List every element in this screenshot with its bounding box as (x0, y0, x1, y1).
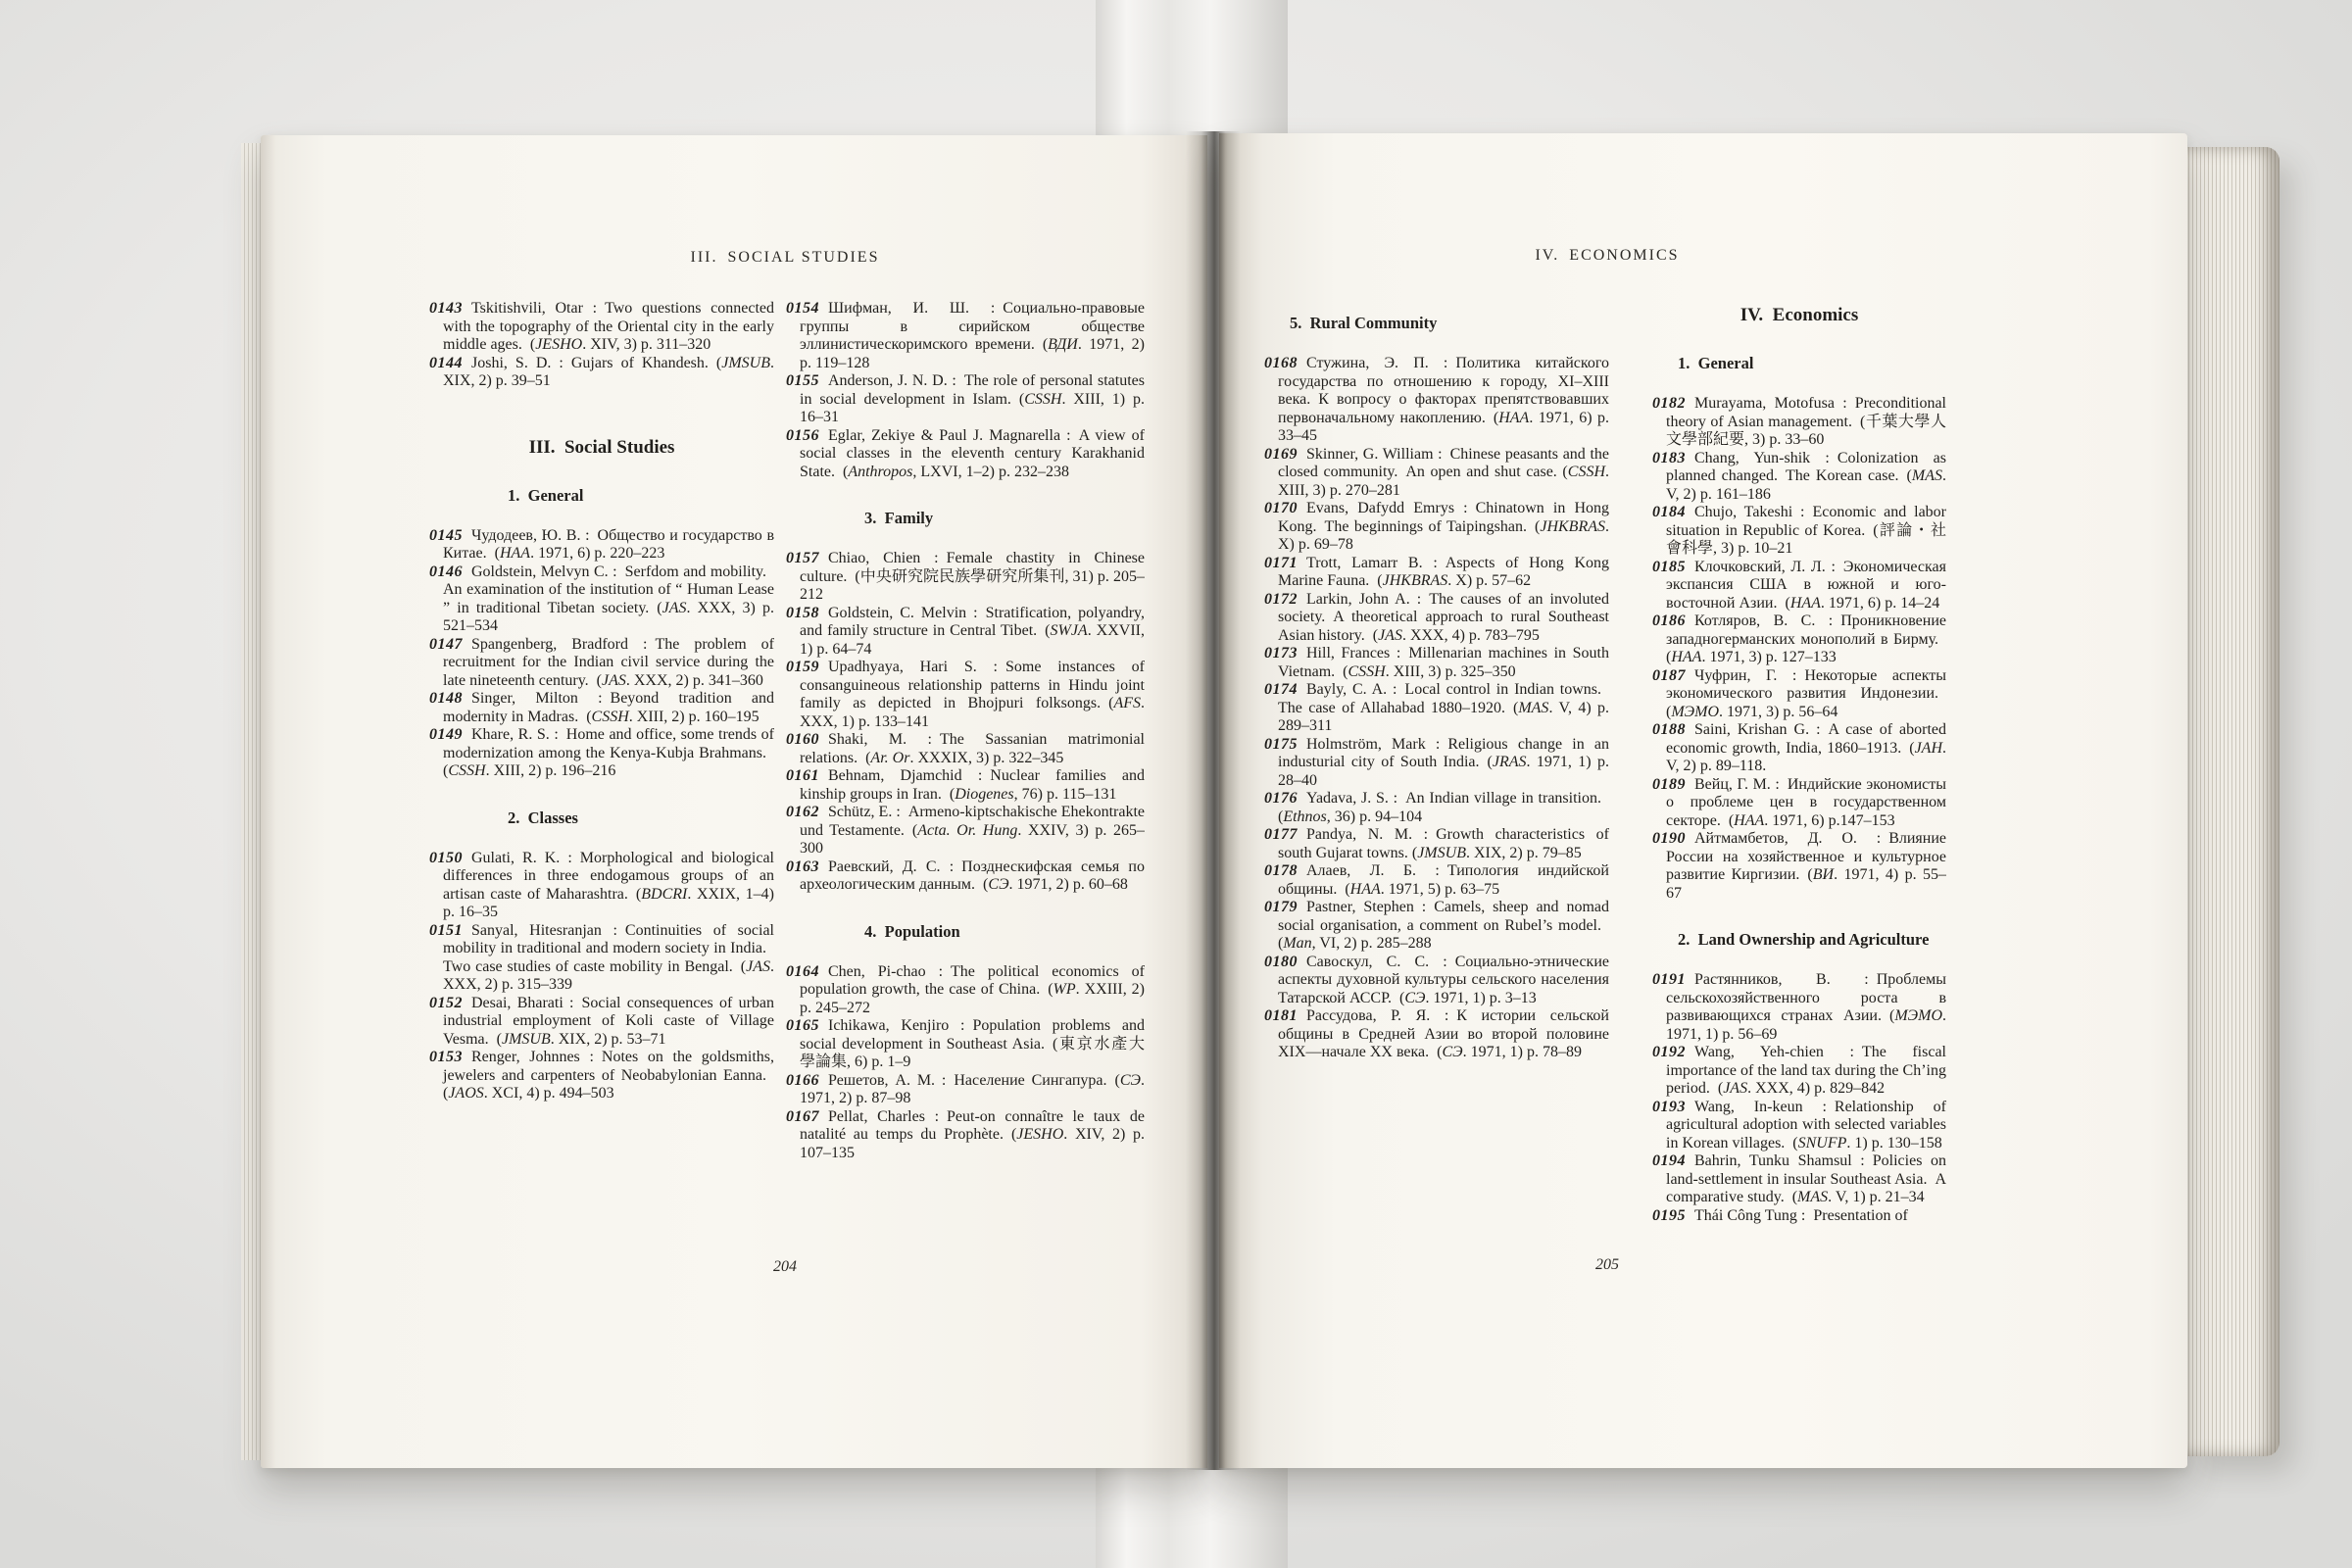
right-page-column-2: IV. Economics1. General0182Murayama, Mot… (1652, 298, 1946, 1225)
bib-entry-0179: 0179Pastner, Stephen : Camels, sheep and… (1264, 899, 1609, 954)
bib-entry-0191: 0191Растянников, В. : Проблемы сельскохо… (1652, 971, 1946, 1044)
bib-entry-0181: 0181Рассудова, Р. Я. : К истории сельско… (1264, 1007, 1609, 1062)
entry-number: 0161 (786, 767, 819, 784)
fore-edge-page-stack (2185, 147, 2279, 1456)
entry-number: 0170 (1264, 500, 1298, 516)
entry-number: 0147 (429, 636, 463, 653)
bib-entry-0174: 0174Bayly, C. A. : Local control in Indi… (1264, 681, 1609, 736)
bib-entry-0150: 0150Gulati, R. K. : Morphological and bi… (429, 850, 774, 922)
entry-number: 0145 (429, 527, 463, 544)
entry-number: 0143 (429, 300, 463, 317)
bib-entry-0153: 0153Renger, Johnnes : Notes on the golds… (429, 1049, 774, 1103)
subsection-heading: 3. Family (864, 509, 1145, 528)
bib-entry-0164: 0164Chen, Pi-chao : The political econom… (786, 963, 1145, 1018)
left-page-number: 204 (261, 1258, 1207, 1276)
entry-number: 0162 (786, 804, 819, 820)
bib-entry-0183: 0183Chang, Yun-shik : Colonization as pl… (1652, 450, 1946, 505)
entry-number: 0154 (786, 300, 819, 317)
entry-number: 0149 (429, 726, 463, 743)
bib-entry-0143: 0143Tskitishvili, Otar : Two questions c… (429, 300, 774, 355)
subsection-heading: 5. Rural Community (1290, 314, 1609, 333)
bib-entry-0146: 0146Goldstein, Melvyn C. : Serfdom and m… (429, 563, 774, 636)
bib-entry-0162: 0162Schütz, E. : Armeno-kiptschakische E… (786, 804, 1145, 858)
photo-background: III. SOCIAL STUDIES 0143Tskitishvili, Ot… (0, 0, 2352, 1568)
subsection-heading: 4. Population (864, 922, 1145, 942)
entry-number: 0150 (429, 850, 463, 866)
entry-number: 0163 (786, 858, 819, 875)
left-running-head: III. SOCIAL STUDIES (261, 249, 1207, 267)
entry-number: 0152 (429, 995, 463, 1011)
bib-entry-0158: 0158Goldstein, C. Melvin : Stratificatio… (786, 605, 1145, 660)
left-page-column-2: 0154Шифман, И. Ш. : Социально-правовые г… (786, 300, 1145, 1162)
entry-number: 0183 (1652, 450, 1686, 466)
bib-entry-0152: 0152Desai, Bharati : Social consequences… (429, 995, 774, 1050)
entry-number: 0160 (786, 731, 819, 748)
entry-number: 0178 (1264, 862, 1298, 879)
bib-entry-0175: 0175Holmström, Mark : Religious change i… (1264, 736, 1609, 791)
bib-entry-0171: 0171Trott, Lamarr B. : Aspects of Hong K… (1264, 555, 1609, 591)
bib-entry-0169: 0169Skinner, G. William : Chinese peasan… (1264, 446, 1609, 501)
bib-entry-0151: 0151Sanyal, Hitesranjan : Continuities o… (429, 922, 774, 995)
entry-number: 0181 (1264, 1007, 1298, 1024)
entry-number: 0151 (429, 922, 463, 939)
entry-number: 0189 (1652, 776, 1686, 793)
subsection-heading: 1. General (508, 486, 774, 506)
left-page-text-block: 0143Tskitishvili, Otar : Two questions c… (429, 300, 1145, 1162)
entry-number: 0146 (429, 563, 463, 580)
bib-entry-0168: 0168Стужина, Э. П. : Политика китайского… (1264, 355, 1609, 446)
left-page: III. SOCIAL STUDIES 0143Tskitishvili, Ot… (261, 135, 1207, 1468)
entry-number: 0165 (786, 1017, 819, 1034)
entry-number: 0164 (786, 963, 819, 980)
bib-entry-0176: 0176Yadava, J. S. : An Indian village in… (1264, 790, 1609, 826)
entry-number: 0173 (1264, 645, 1298, 661)
entry-number: 0187 (1652, 667, 1686, 684)
bib-entry-0173: 0173Hill, Frances : Millenarian machines… (1264, 645, 1609, 681)
bib-entry-0180: 0180Савоскул, С. С. : Социально-этническ… (1264, 954, 1609, 1008)
entry-number: 0168 (1264, 355, 1298, 371)
entry-number: 0177 (1264, 826, 1298, 843)
bib-entry-0155: 0155Anderson, J. N. D. : The role of per… (786, 372, 1145, 427)
entry-number: 0190 (1652, 830, 1686, 847)
subsection-heading: 1. General (1678, 354, 1946, 373)
entry-number: 0195 (1652, 1207, 1686, 1224)
bib-entry-0193: 0193Wang, In-keun : Relationship of agri… (1652, 1099, 1946, 1153)
entry-number: 0144 (429, 355, 463, 371)
right-page: IV. ECONOMICS 5. Rural Community0168Стуж… (1219, 133, 2187, 1468)
bib-entry-0167: 0167Pellat, Charles : Peut-on connaître … (786, 1108, 1145, 1163)
right-page-column-1: 5. Rural Community0168Стужина, Э. П. : П… (1264, 298, 1609, 1225)
bib-entry-0192: 0192Wang, Yeh-chien : The fiscal importa… (1652, 1044, 1946, 1099)
entry-number: 0191 (1652, 971, 1686, 988)
entry-number: 0193 (1652, 1099, 1686, 1115)
bib-entry-0157: 0157Chiao, Chien : Female chastity in Ch… (786, 550, 1145, 605)
entry-number: 0172 (1264, 591, 1298, 608)
entry-number: 0184 (1652, 504, 1686, 520)
bib-entry-0165: 0165Ichikawa, Kenjiro : Population probl… (786, 1017, 1145, 1072)
bib-entry-0177: 0177Pandya, N. M. : Growth characteristi… (1264, 826, 1609, 862)
subsection-heading: 2. Land Ownership and Agriculture (1678, 930, 1946, 950)
bib-entry-0160: 0160Shaki, M. : The Sassanian matrimonia… (786, 731, 1145, 767)
entry-number: 0171 (1264, 555, 1298, 571)
bib-entry-0166: 0166Решетов, А. М. : Население Сингапура… (786, 1072, 1145, 1108)
bib-entry-0145: 0145Чудодеев, Ю. В. : Общество и государ… (429, 527, 774, 563)
entry-number: 0155 (786, 372, 819, 389)
right-running-head: IV. ECONOMICS (1219, 247, 2187, 265)
entry-number: 0166 (786, 1072, 819, 1089)
bib-entry-0156: 0156Eglar, Zekiye & Paul J. Magnarella :… (786, 427, 1145, 482)
bib-entry-0159: 0159Upadhyaya, Hari S. : Some instances … (786, 659, 1145, 731)
entry-number: 0153 (429, 1049, 463, 1065)
bib-entry-0172: 0172Larkin, John A. : The causes of an i… (1264, 591, 1609, 646)
bib-entry-0161: 0161Behnam, Djamchid : Nuclear families … (786, 767, 1145, 804)
entry-number: 0185 (1652, 559, 1686, 575)
bib-entry-0184: 0184Chujo, Takeshi : Economic and labor … (1652, 504, 1946, 559)
entry-number: 0156 (786, 427, 819, 444)
entry-number: 0174 (1264, 681, 1298, 698)
entry-number: 0175 (1264, 736, 1298, 753)
bib-entry-0186: 0186Котляров, В. С. : Проникновение запа… (1652, 612, 1946, 667)
entry-number: 0158 (786, 605, 819, 621)
bib-entry-0178: 0178Алаев, Л. Б. : Типология индийской о… (1264, 862, 1609, 899)
bib-entry-0189: 0189Вейц, Г. М. : Индийские экономисты о… (1652, 776, 1946, 831)
entry-number: 0182 (1652, 395, 1686, 412)
bib-entry-0194: 0194Bahrin, Tunku Shamsul : Policies on … (1652, 1152, 1946, 1207)
entry-number: 0148 (429, 690, 463, 707)
bib-entry-0188: 0188Saini, Krishan G. : A case of aborte… (1652, 721, 1946, 776)
entry-number: 0169 (1264, 446, 1298, 463)
entry-number: 0176 (1264, 790, 1298, 807)
bib-entry-0144: 0144Joshi, S. D. : Gujars of Khandesh. (… (429, 355, 774, 391)
subsection-heading: 2. Classes (508, 808, 774, 828)
left-page-column-1: 0143Tskitishvili, Otar : Two questions c… (429, 300, 774, 1162)
bib-entry-0187: 0187Чуфрин, Г. : Некоторые аспекты эконо… (1652, 667, 1946, 722)
section-heading: III. Social Studies (429, 436, 774, 459)
bib-entry-0185: 0185Клочковский, Л. Л. : Экономическая э… (1652, 559, 1946, 613)
bib-entry-0149: 0149Khare, R. S. : Home and office, some… (429, 726, 774, 781)
left-page-edges (241, 143, 263, 1460)
entry-number: 0188 (1652, 721, 1686, 738)
entry-number: 0192 (1652, 1044, 1686, 1060)
entry-number: 0167 (786, 1108, 819, 1125)
section-heading: IV. Economics (1652, 304, 1946, 326)
bib-entry-0148: 0148Singer, Milton : Beyond tradition an… (429, 690, 774, 726)
bib-entry-0147: 0147Spangenberg, Bradford : The problem … (429, 636, 774, 691)
right-page-number: 205 (1219, 1256, 2187, 1274)
right-page-text-block: 5. Rural Community0168Стужина, Э. П. : П… (1264, 298, 1946, 1225)
bib-entry-0154: 0154Шифман, И. Ш. : Социально-правовые г… (786, 300, 1145, 372)
entry-number: 0180 (1264, 954, 1298, 970)
entry-number: 0159 (786, 659, 819, 675)
bib-entry-0190: 0190Айтмамбетов, Д. О. : Влияние России … (1652, 830, 1946, 903)
entry-number: 0186 (1652, 612, 1686, 629)
bib-entry-0195: 0195Thái Công Tung : Presentation of (1652, 1207, 1946, 1226)
bib-entry-0170: 0170Evans, Dafydd Emrys : Chinatown in H… (1264, 500, 1609, 555)
bib-entry-0182: 0182Murayama, Motofusa : Preconditional … (1652, 395, 1946, 450)
entry-number: 0194 (1652, 1152, 1686, 1169)
entry-number: 0157 (786, 550, 819, 566)
bib-entry-0163: 0163Раевский, Д. С. : Позднескифская сем… (786, 858, 1145, 895)
entry-number: 0179 (1264, 899, 1298, 915)
